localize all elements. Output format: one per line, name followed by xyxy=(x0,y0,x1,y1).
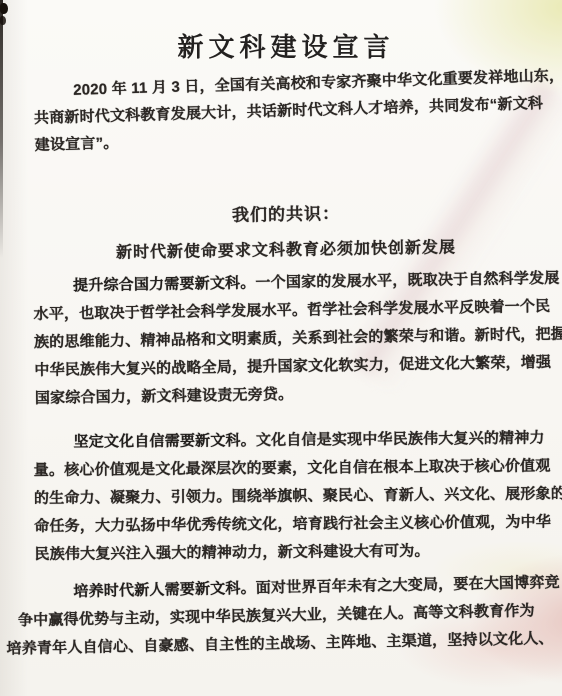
text-line: 坚定文化自信需要新文科。文化自信是实现中华民族伟大复兴的精神力 xyxy=(33,425,537,457)
text-line: 量。核心价值观是文化最深层次的要素，文化自信在根本上取决于核心价值观 xyxy=(34,453,538,485)
consensus-heading: 我们的共识： xyxy=(34,197,538,233)
text-line: 民族伟大复兴注入强大的精神动力，新文科建设大有可为。 xyxy=(34,537,538,569)
document-content: 新文科建设宣言 2020 年 11 月 3 日，全国有关高校和专家齐聚中华文化重… xyxy=(0,0,562,696)
paragraph-lead: 提升综合国力需要新文科。 xyxy=(73,275,256,295)
text-span: 一个国家的发展水平，既取决于自然科学发展 xyxy=(255,270,559,292)
photo-stage: 新文科建设宣言 2020 年 11 月 3 日，全国有关高校和专家齐聚中华文化重… xyxy=(0,0,562,696)
paper-sheet: 新文科建设宣言 2020 年 11 月 3 日，全国有关高校和专家齐聚中华文化重… xyxy=(0,0,562,696)
consensus-subheading: 新时代新使命要求文科教育必须加快创新发展 xyxy=(34,233,538,269)
text-span: 面对世界百年未有之大变局，要在大国博弈竞 xyxy=(256,574,560,597)
text-line: 命任务，大力弘扬中华优秀传统文化，培育践行社会主义核心价值观，为中华 xyxy=(34,509,538,541)
document-title: 新文科建设宣言 xyxy=(34,30,538,64)
text-span: 文化自信是实现中华民族伟大复兴的精神力 xyxy=(256,430,545,450)
paragraph-national-strength: 提升综合国力需要新文科。一个国家的发展水平，既取决于自然科学发展 水平，也取决于… xyxy=(33,265,539,413)
paragraph-lead: 坚定文化自信需要新文科。 xyxy=(73,432,256,451)
text-line: 的生命力、凝聚力、引领力。围绕举旗帜、聚民心、育新人、兴文化、展形象的使 xyxy=(34,481,538,513)
paragraph-new-talent: 培养时代新人需要新文科。面对世界百年未有之大变局，要在大国博弈竞 争中赢得优势与… xyxy=(33,569,539,663)
paragraph-cultural-confidence: 坚定文化自信需要新文科。文化自信是实现中华民族伟大复兴的精神力 量。核心价值观是… xyxy=(33,425,538,569)
paragraph-lead: 培养时代新人需要新文科。 xyxy=(73,580,256,600)
intro-paragraph: 2020 年 11 月 3 日，全国有关高校和专家齐聚中华文化重要发祥地山东， … xyxy=(33,63,539,159)
